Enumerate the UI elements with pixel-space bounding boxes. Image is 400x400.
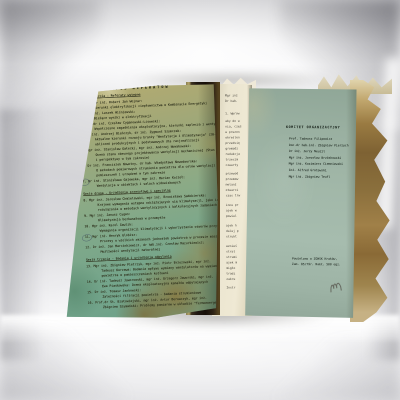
referat-list: Sesja otwarcia - Referaty wstępne1. Prof… — [79, 89, 238, 311]
committee-member: Mgr inż. Zbigniew Teufl — [289, 174, 359, 181]
handwritten-mark — [327, 277, 349, 294]
print-note: Powielono w ZGWSK Kraków, Zam. 85/79r. N… — [292, 256, 357, 267]
committee-heading: KOMITET ORGANIZACYJNY — [286, 125, 361, 130]
fabric-shadow-bottom-left — [0, 330, 130, 400]
fabric-shadow-bottom-right — [270, 340, 400, 400]
right-page: KOMITET ORGANIZACYJNY Prof. Tadeusz Fili… — [244, 86, 360, 319]
photo: Mgr inżDr hab.1. Wprowaby do wnia, częśw… — [0, 0, 400, 400]
print-note-line-2: Zam. 85/79r. Nakł. 500 egz. — [292, 261, 357, 267]
committee-list: Prof. Tadeusz FilipowiczDoc.dr hab.inż. … — [289, 136, 359, 181]
